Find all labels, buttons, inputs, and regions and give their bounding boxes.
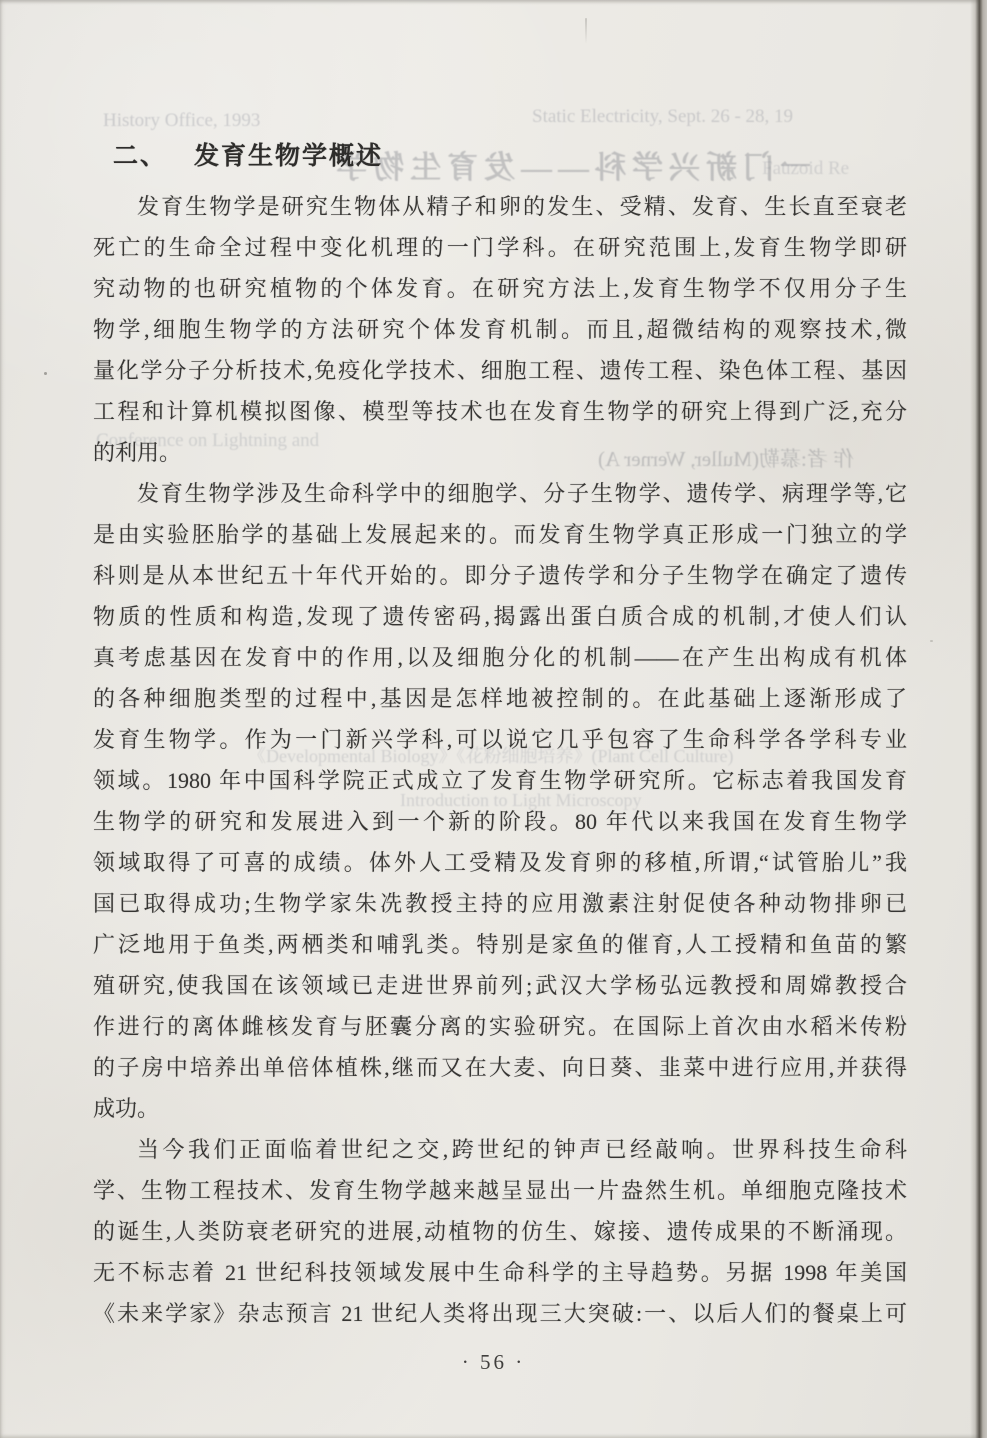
scan-speck xyxy=(930,640,933,642)
text-line: 广泛地用于鱼类,两栖类和哺乳类。特别是家鱼的催育,人工授精和鱼苗的繁 xyxy=(93,924,907,965)
text-line: 殖研究,使我国在该领域已走进世界前列;武汉大学杨弘远教授和周嫦教授合 xyxy=(93,965,907,1006)
bleed-through-mirrored-title: 一门新兴学科——发育生物学 xyxy=(330,142,811,187)
text-line: 生物学的研究和发展进入到一个新的阶段。80 年代以来我国在发育生物学 xyxy=(93,801,907,842)
text-line: 的利用。 xyxy=(93,432,907,473)
section-title: 发育生物学概述 xyxy=(194,136,383,172)
bleed-through-text: Static Electricity, Sept. 26 - 28, 19 xyxy=(532,106,793,128)
page-number: · 56 · xyxy=(0,1350,987,1375)
bleed-through-text: Fauzoid Re xyxy=(762,158,849,180)
text-line: 的各种细胞类型的过程中,基因是怎样地被控制的。在此基础上逐渐形成了 xyxy=(93,678,907,719)
text-line: 究动物的也研究植物的个体发育。在研究方法上,发育生物学不仅用分子生 xyxy=(93,268,907,309)
paragraph-1: 发育生物学是研究生物体从精子和卵的发生、受精、发育、生长直至衰老死亡的生命全过程… xyxy=(93,186,907,473)
text-line: 发育生物学是研究生物体从精子和卵的发生、受精、发育、生长直至衰老 xyxy=(93,186,907,227)
text-line: 真考虑基因在发育中的作用,以及细胞分化的机制——在产生出构成有机体 xyxy=(93,637,907,678)
text-line: 物学,细胞生物学的方法研究个体发育机制。而且,超微结构的观察技术,微 xyxy=(93,309,907,350)
text-line: 的诞生,人类防衰老研究的进展,动植物的仿生、嫁接、遗传成果的不断涌现。 xyxy=(93,1211,907,1252)
text-line: 领域取得了可喜的成绩。体外人工受精及发育卵的移植,所谓,“试管胎儿”我 xyxy=(93,842,907,883)
text-line: 发育生物学涉及生命科学中的细胞学、分子生物学、遗传学、病理学等,它 xyxy=(93,473,907,514)
text-line: 无不标志着 21 世纪科技领域发展中生命科学的主导趋势。另据 1998 年美国 xyxy=(93,1252,907,1293)
text-line: 是由实验胚胎学的基础上发展起来的。而发育生物学真正形成一门独立的学 xyxy=(93,514,907,555)
text-line: 死亡的生命全过程中变化机理的一门学科。在研究范围上,发育生物学即研 xyxy=(93,227,907,268)
paragraph-3: 当今我们正面临着世纪之交,跨世纪的钟声已经敲响。世界科技生命科学、生物工程技术、… xyxy=(93,1129,907,1334)
text-line: 工程和计算机模拟图像、模型等技术也在发育生物学的研究上得到广泛,充分 xyxy=(93,391,907,432)
text-line: 的子房中培养出单倍体植株,继而又在大麦、向日葵、韭菜中进行应用,并获得 xyxy=(93,1047,907,1088)
text-line: 量化学分子分析技术,免疫化学技术、细胞工程、遗传工程、染色体工程、基因 xyxy=(93,350,907,391)
paragraph-2: 发育生物学涉及生命科学中的细胞学、分子生物学、遗传学、病理学等,它是由实验胚胎学… xyxy=(93,473,907,1129)
page-edge-shadow xyxy=(970,0,987,1438)
section-number: 二、 xyxy=(113,136,167,172)
text-line: 科则是从本世纪五十年代开始的。即分子遗传学和分子生物学在确定了遗传 xyxy=(93,555,907,596)
text-line: 《未来学家》杂志预言 21 世纪人类将出现三大突破:一、以后人们的餐桌上可 xyxy=(93,1293,907,1334)
text-line: 学、生物工程技术、发育生物学越来越呈显出一片盎然生机。单细胞克隆技术 xyxy=(93,1170,907,1211)
text-line: 当今我们正面临着世纪之交,跨世纪的钟声已经敲响。世界科技生命科 xyxy=(93,1129,907,1170)
scan-crease xyxy=(585,18,587,44)
text-line: 成功。 xyxy=(93,1088,907,1129)
section-heading: 二、 发育生物学概述 xyxy=(113,136,383,172)
scan-speck xyxy=(44,372,47,375)
text-line: 作进行的离体雌核发育与胚囊分离的实验研究。在国际上首次由水稻米传粉 xyxy=(93,1006,907,1047)
text-line: 国已取得成功;生物学家朱冼教授主持的应用激素注射促使各种动物排卵已 xyxy=(93,883,907,924)
text-line: 物质的性质和构造,发现了遗传密码,揭露出蛋白质合成的机制,才使人们认 xyxy=(93,596,907,637)
body-text: 发育生物学是研究生物体从精子和卵的发生、受精、发育、生长直至衰老死亡的生命全过程… xyxy=(93,186,907,1334)
text-line: 领域。1980 年中国科学院正式成立了发育生物学研究所。它标志着我国发育 xyxy=(93,760,907,801)
text-line: 发育生物学。作为一门新兴学科,可以说它几乎包容了生命科学各学科专业 xyxy=(93,719,907,760)
scanned-book-page: History Office, 1993 Static Electricity,… xyxy=(0,0,987,1438)
bleed-through-text: History Office, 1993 xyxy=(103,110,260,132)
